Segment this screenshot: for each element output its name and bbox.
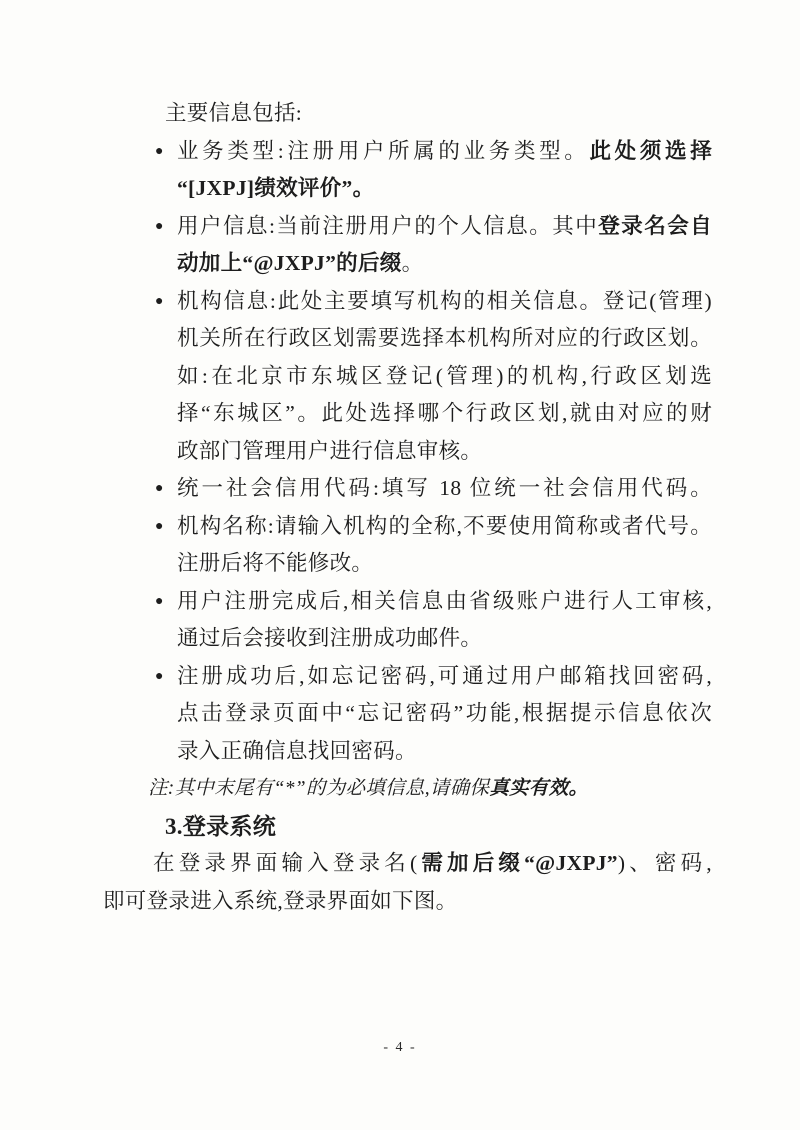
text-segment: 点击登录页面中“忘记密码”功能,根据提示信息依次 — [177, 701, 712, 725]
text-segment: 注:其中末尾有“*”的为必填信息,请确保 — [148, 778, 489, 799]
bullet-continuation-line: “[JXPJ]绩效评价”。 — [100, 170, 712, 208]
bullet-icon: ● — [155, 133, 164, 171]
text-segment: 注册后将不能修改。 — [177, 551, 373, 575]
bullet-continuation-line: 注册后将不能修改。 — [100, 545, 712, 583]
bullet-icon: ● — [155, 283, 164, 321]
text-segment: )、密码, — [618, 851, 712, 875]
intro-line: 主要信息包括: — [100, 95, 712, 133]
paragraph-line: 即可登录进入系统,登录界面如下图。 — [100, 883, 712, 921]
text-segment: 用户信息:当前注册用户的个人信息。其中 — [177, 214, 598, 238]
text-segment: 。 — [402, 251, 424, 275]
bullet-item: ●用户信息:当前注册用户的个人信息。其中登录名会自 — [100, 208, 712, 246]
bullet-icon: ● — [155, 508, 164, 546]
page-number: - 4 - — [0, 1040, 800, 1056]
text-segment: 如:在北京市东城区登记(管理)的机构,行政区划选 — [177, 364, 712, 388]
bold-text-segment: 需加后缀“@JXPJ” — [417, 851, 617, 875]
text-segment: 用户注册完成后,相关信息由省级账户进行人工审核, — [177, 589, 712, 613]
bold-text-segment: 3.登录系统 — [165, 814, 276, 839]
document-body: 主要信息包括:●业务类型:注册用户所属的业务类型。此处须选择“[JXPJ]绩效评… — [100, 95, 712, 920]
bold-text-segment: 动加上“@JXPJ”的后缀 — [177, 251, 402, 275]
bullet-continuation-line: 录入正确信息找回密码。 — [100, 733, 712, 771]
bullet-continuation-line: 政部门管理用户进行信息审核。 — [100, 433, 712, 471]
bullet-item: ●机构信息:此处主要填写机构的相关信息。登记(管理) — [100, 283, 712, 321]
bullet-icon: ● — [155, 470, 164, 508]
text-segment: 机构信息:此处主要填写机构的相关信息。登记(管理) — [177, 289, 712, 313]
bullet-item: ●注册成功后,如忘记密码,可通过用户邮箱找回密码, — [100, 658, 712, 696]
bullet-item: ●机构名称:请输入机构的全称,不要使用简称或者代号。 — [100, 508, 712, 546]
bullet-continuation-line: 机关所在行政区划需要选择本机构所对应的行政区划。 — [100, 320, 712, 358]
bullet-item: ●业务类型:注册用户所属的业务类型。此处须选择 — [100, 133, 712, 171]
bullet-continuation-line: 动加上“@JXPJ”的后缀。 — [100, 245, 712, 283]
text-segment: 注册成功后,如忘记密码,可通过用户邮箱找回密码, — [177, 664, 712, 688]
bullet-continuation-line: 点击登录页面中“忘记密码”功能,根据提示信息依次 — [100, 695, 712, 733]
text-segment: 录入正确信息找回密码。 — [177, 739, 417, 763]
bullet-item: ●统一社会信用代码:填写 18 位统一社会信用代码。 — [100, 470, 712, 508]
bullet-continuation-line: 择“东城区”。此处选择哪个行政区划,就由对应的财 — [100, 395, 712, 433]
footnote: 注:其中末尾有“*”的为必填信息,请确保真实有效。 — [100, 770, 712, 808]
bullet-icon: ● — [155, 208, 164, 246]
text-segment: 统一社会信用代码:填写 18 位统一社会信用代码。 — [177, 476, 712, 500]
bold-text-segment: 此处须选择 — [589, 139, 712, 163]
text-segment: 择“东城区”。此处选择哪个行政区划,就由对应的财 — [177, 401, 712, 425]
bullet-icon: ● — [155, 583, 164, 621]
bullet-continuation-line: 如:在北京市东城区登记(管理)的机构,行政区划选 — [100, 358, 712, 396]
bullet-continuation-line: 通过后会接收到注册成功邮件。 — [100, 620, 712, 658]
bold-text-segment: 登录名会自 — [598, 214, 712, 238]
bold-text-segment: “[JXPJ]绩效评价”。 — [177, 176, 374, 200]
bullet-icon: ● — [155, 658, 164, 696]
section-heading: 3.登录系统 — [100, 808, 712, 846]
text-segment: 通过后会接收到注册成功邮件。 — [177, 626, 482, 650]
text-segment: 机关所在行政区划需要选择本机构所对应的行政区划。 — [177, 326, 712, 350]
text-segment: 机构名称:请输入机构的全称,不要使用简称或者代号。 — [177, 514, 712, 538]
text-segment: 即可登录进入系统,登录界面如下图。 — [103, 889, 457, 913]
bold-text-segment: 真实有效。 — [489, 778, 588, 799]
text-segment: 政部门管理用户进行信息审核。 — [177, 439, 482, 463]
text-segment: 业务类型:注册用户所属的业务类型。 — [177, 139, 589, 163]
bullet-item: ●用户注册完成后,相关信息由省级账户进行人工审核, — [100, 583, 712, 621]
document-page: 主要信息包括:●业务类型:注册用户所属的业务类型。此处须选择“[JXPJ]绩效评… — [0, 0, 800, 1130]
paragraph-line: 在登录界面输入登录名(需加后缀“@JXPJ”)、密码, — [100, 845, 712, 883]
text-segment: 在登录界面输入登录名( — [153, 851, 417, 875]
text-segment: 主要信息包括: — [165, 101, 302, 125]
